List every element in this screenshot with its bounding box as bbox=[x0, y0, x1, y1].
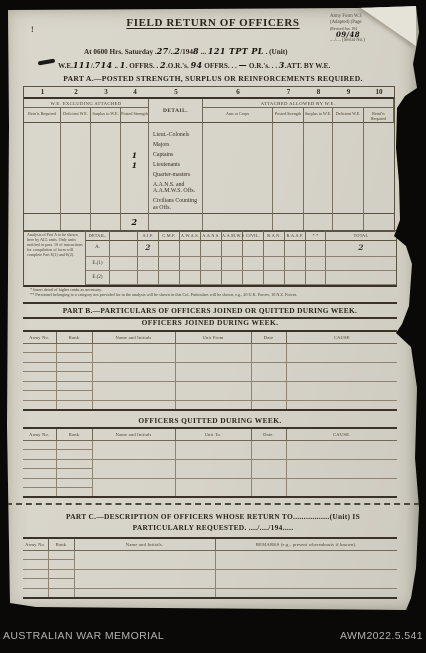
analysis-value: 2 bbox=[326, 241, 396, 257]
part-c-heading-line2: PARTICULARLY REQUESTED. ..../..../194...… bbox=[6, 522, 420, 533]
serial-handwritten: 09/48 bbox=[336, 32, 360, 38]
empty-record-cell bbox=[74, 550, 215, 569]
empty-cell bbox=[61, 123, 91, 140]
column-header: Surplus to W.E. bbox=[304, 108, 333, 123]
column-number: 9 bbox=[333, 87, 364, 99]
record-column-header: Unit From bbox=[175, 331, 251, 343]
empty-record-cell bbox=[23, 588, 48, 598]
column-number: 8 bbox=[304, 87, 333, 99]
empty-record-cell bbox=[23, 459, 56, 469]
empty-cell bbox=[201, 241, 222, 257]
empty-cell bbox=[264, 257, 285, 271]
total-cell bbox=[203, 213, 273, 231]
rank-label: Captains bbox=[149, 150, 203, 160]
empty-record-cell bbox=[175, 362, 251, 381]
empty-cell bbox=[304, 170, 333, 180]
empty-record-cell bbox=[23, 372, 56, 382]
empty-cell bbox=[333, 170, 364, 180]
empty-record-cell bbox=[56, 478, 92, 488]
part-c-heading: PART C.—DESCRIPTION OF OFFICERS WHOSE RE… bbox=[6, 511, 420, 533]
archive-caption: AUSTRALIAN WAR MEMORIAL AWM2022.5.541 bbox=[0, 630, 426, 642]
empty-record-cell bbox=[23, 469, 56, 479]
officers-joined-title: OFFICERS JOINED DURING WEEK. bbox=[23, 318, 397, 327]
empty-record-cell bbox=[48, 588, 74, 598]
empty-cell bbox=[364, 180, 394, 196]
empty-cell bbox=[304, 140, 333, 150]
total-cell bbox=[149, 213, 203, 231]
column-number: 10 bbox=[364, 87, 394, 99]
empty-record-cell bbox=[92, 478, 175, 497]
empty-record-cell bbox=[92, 400, 175, 410]
empty-record-cell bbox=[56, 459, 92, 469]
analysis-column-header: * * bbox=[306, 231, 326, 241]
officers-quitted-table: Army No.RankName and InitialsUnit To.Dat… bbox=[23, 427, 397, 498]
analysis-row-label: E.(2) bbox=[86, 271, 110, 285]
printed-text: W.E. bbox=[58, 62, 73, 70]
empty-record-cell bbox=[48, 550, 74, 560]
analysis-column-header: A.A.N.S. bbox=[201, 231, 222, 241]
empty-cell bbox=[203, 160, 273, 170]
empty-record-cell bbox=[74, 569, 215, 588]
part-b-heading: PART B.—PARTICULARS OF OFFICERS JOINED O… bbox=[23, 302, 397, 319]
empty-cell bbox=[203, 197, 273, 213]
empty-cell bbox=[121, 180, 149, 196]
empty-cell bbox=[110, 271, 138, 285]
record-column-header: CAUSE. bbox=[286, 428, 397, 440]
empty-record-cell bbox=[286, 440, 397, 459]
empty-cell bbox=[326, 271, 396, 285]
printed-text: ... bbox=[199, 48, 208, 56]
empty-cell bbox=[222, 241, 243, 257]
empty-cell bbox=[273, 197, 304, 213]
empty-cell bbox=[304, 123, 333, 140]
empty-cell bbox=[364, 197, 394, 213]
empty-record-cell bbox=[251, 459, 286, 478]
empty-cell bbox=[91, 170, 121, 180]
empty-record-cell bbox=[286, 400, 397, 410]
record-column-header: REMARKS (e.g., present whereabouts if kn… bbox=[215, 538, 397, 550]
empty-record-cell bbox=[23, 560, 48, 570]
rank-label: Civilians Counting as Offs. bbox=[149, 197, 203, 213]
empty-record-cell bbox=[92, 381, 175, 400]
total-cell bbox=[61, 213, 91, 231]
column-number: 1 bbox=[24, 87, 61, 99]
handwritten-entry: 121 TPT PL bbox=[208, 46, 264, 56]
empty-cell bbox=[273, 140, 304, 150]
printed-text: .ATT. BY W.E. bbox=[285, 62, 330, 70]
perforation-line bbox=[6, 503, 420, 505]
total-cell bbox=[91, 213, 121, 231]
column-header: Posted Strength bbox=[273, 108, 304, 123]
empty-record-cell bbox=[286, 381, 397, 400]
handwritten-entry: 111 bbox=[73, 60, 91, 70]
printed-text: . (Unit) bbox=[264, 48, 288, 56]
empty-cell bbox=[273, 160, 304, 170]
analysis-column-header: TOTAL bbox=[326, 231, 396, 241]
empty-cell bbox=[273, 150, 304, 160]
empty-record-cell bbox=[48, 560, 74, 570]
empty-record-cell bbox=[56, 343, 92, 353]
empty-cell bbox=[180, 257, 201, 271]
document-paper: ! FIELD RETURN OF OFFICERS Army Form W.3… bbox=[6, 6, 420, 612]
handwritten-entry: 714 bbox=[95, 60, 113, 70]
empty-cell bbox=[201, 257, 222, 271]
analysis-row-label: A. bbox=[86, 241, 110, 257]
empty-record-cell bbox=[23, 569, 48, 579]
record-column-header: Name and Initials. bbox=[74, 538, 215, 550]
printed-text: At 0600 Hrs. Saturday . bbox=[84, 48, 157, 56]
empty-cell bbox=[364, 160, 394, 170]
analysis-column-header: CIVIL. bbox=[243, 231, 264, 241]
record-column-header: CAUSE bbox=[286, 331, 397, 343]
empty-cell bbox=[333, 123, 364, 140]
empty-record-cell bbox=[56, 391, 92, 401]
group-header-right: ATTACHED ALLOWED BY W.E. bbox=[203, 99, 394, 108]
empty-cell bbox=[273, 180, 304, 196]
empty-cell bbox=[264, 241, 285, 257]
empty-cell bbox=[91, 160, 121, 170]
column-header: Surplus to W.E. bbox=[91, 108, 121, 123]
empty-record-cell bbox=[56, 450, 92, 460]
empty-cell bbox=[203, 123, 273, 140]
record-column-header: Unit To. bbox=[175, 428, 251, 440]
record-column-header: Name and Initials bbox=[92, 428, 175, 440]
empty-record-cell bbox=[23, 400, 56, 410]
printed-text: O.R.'s. . . bbox=[247, 62, 279, 70]
empty-cell bbox=[304, 160, 333, 170]
empty-record-cell bbox=[23, 450, 56, 460]
empty-cell bbox=[333, 150, 364, 160]
officers-joined-table: Army No.RankName and InitialsUnit FromDa… bbox=[23, 330, 397, 411]
empty-cell bbox=[222, 271, 243, 285]
empty-cell bbox=[285, 241, 306, 257]
empty-cell bbox=[333, 197, 364, 213]
empty-cell bbox=[138, 257, 159, 271]
empty-record-cell bbox=[48, 569, 74, 579]
archive-name: AUSTRALIAN WAR MEMORIAL bbox=[3, 630, 164, 642]
empty-record-cell bbox=[251, 343, 286, 362]
empty-cell bbox=[24, 170, 61, 180]
rank-label: Majors bbox=[149, 140, 203, 150]
empty-cell bbox=[203, 150, 273, 160]
empty-record-cell bbox=[23, 440, 56, 450]
empty-record-cell bbox=[175, 440, 251, 459]
empty-cell bbox=[61, 150, 91, 160]
column-header: Deficient W.E. bbox=[61, 108, 91, 123]
analysis-column-header: C.M.F. bbox=[159, 231, 180, 241]
empty-record-cell bbox=[48, 579, 74, 589]
empty-record-cell bbox=[56, 440, 92, 450]
empty-cell bbox=[243, 271, 264, 285]
empty-record-cell bbox=[23, 478, 56, 488]
footnotes: * Insert detail of higher ranks as neces… bbox=[30, 287, 400, 297]
empty-cell bbox=[24, 140, 61, 150]
empty-cell bbox=[364, 150, 394, 160]
empty-cell bbox=[24, 160, 61, 170]
empty-cell bbox=[304, 180, 333, 196]
record-column-header: Rank bbox=[56, 428, 92, 440]
form-reference-block: Army Form W.3 (Adapted) (Page (Revised J… bbox=[320, 14, 416, 44]
record-column-header: Date bbox=[251, 331, 286, 343]
record-column-header: Army No. bbox=[23, 331, 56, 343]
empty-record-cell bbox=[23, 550, 48, 560]
empty-cell bbox=[273, 170, 304, 180]
empty-cell bbox=[364, 170, 394, 180]
header-line-datetime: At 0600 Hrs. Saturday .27/..2/1948 ... 1… bbox=[84, 46, 384, 56]
posted-strength-value: 1 bbox=[121, 150, 149, 160]
column-number: 7 bbox=[273, 87, 304, 99]
footnote: ** Personnel belonging to a category not… bbox=[30, 292, 400, 297]
empty-cell bbox=[61, 160, 91, 170]
empty-cell bbox=[333, 180, 364, 196]
empty-cell bbox=[243, 241, 264, 257]
header-line-we: W.E.111/.714 .. 1. OFFRS. . 2.O.R.'s. 94… bbox=[58, 60, 398, 70]
part-c-table: Army No.RankName and Initials.REMARKS (e… bbox=[23, 537, 397, 599]
analysis-table: Analysis of Part A to be shown here by A… bbox=[23, 230, 397, 287]
empty-cell bbox=[203, 180, 273, 196]
record-column-header: Name and Initials bbox=[92, 331, 175, 343]
empty-record-cell bbox=[175, 478, 251, 497]
total-cell bbox=[333, 213, 364, 231]
column-header: Deficient W.E. bbox=[333, 108, 364, 123]
analysis-column-header: A.A.M.W.S bbox=[222, 231, 243, 241]
empty-cell bbox=[159, 271, 180, 285]
empty-record-cell bbox=[215, 569, 397, 588]
empty-cell bbox=[159, 241, 180, 257]
empty-record-cell bbox=[23, 343, 56, 353]
printed-text: OFFRS. . . bbox=[203, 62, 239, 70]
empty-record-cell bbox=[56, 469, 92, 479]
empty-record-cell bbox=[56, 381, 92, 391]
empty-record-cell bbox=[286, 362, 397, 381]
empty-record-cell bbox=[92, 459, 175, 478]
pen-mark bbox=[38, 59, 55, 66]
empty-cell bbox=[285, 271, 306, 285]
part-c-heading-line1: PART C.—DESCRIPTION OF OFFICERS WHOSE RE… bbox=[6, 511, 420, 522]
analysis-column-header: A.W.A.S. bbox=[180, 231, 201, 241]
empty-cell bbox=[159, 257, 180, 271]
empty-cell bbox=[91, 180, 121, 196]
column-header: Reinf'ts Required bbox=[364, 108, 394, 123]
empty-cell bbox=[24, 150, 61, 160]
analysis-column-header: DETAIL, bbox=[86, 231, 110, 241]
empty-cell bbox=[203, 170, 273, 180]
empty-cell bbox=[304, 197, 333, 213]
analysis-row-label: E.(1) bbox=[86, 257, 110, 271]
empty-record-cell bbox=[56, 400, 92, 410]
empty-record-cell bbox=[215, 588, 397, 598]
printed-text: .. bbox=[113, 62, 120, 70]
empty-record-cell bbox=[92, 362, 175, 381]
analysis-column-header bbox=[110, 231, 138, 241]
empty-cell bbox=[180, 241, 201, 257]
empty-record-cell bbox=[92, 440, 175, 459]
record-column-header: Army No. bbox=[23, 428, 56, 440]
empty-cell bbox=[24, 123, 61, 140]
empty-record-cell bbox=[74, 588, 215, 598]
column-number: 4 bbox=[121, 87, 149, 99]
empty-record-cell bbox=[286, 459, 397, 478]
empty-cell bbox=[222, 257, 243, 271]
empty-cell bbox=[61, 197, 91, 213]
empty-cell bbox=[306, 271, 326, 285]
empty-cell bbox=[201, 271, 222, 285]
total-posted-value: 2 bbox=[121, 213, 149, 231]
handwritten-entry: 94 bbox=[191, 60, 203, 70]
printed-text: .O.R.'s. bbox=[166, 62, 191, 70]
empty-cell bbox=[121, 140, 149, 150]
empty-cell bbox=[91, 197, 121, 213]
empty-record-cell bbox=[175, 400, 251, 410]
empty-record-cell bbox=[23, 353, 56, 363]
rank-label: A.A.N.S. and A.A.M.W.S. Offs. bbox=[149, 180, 203, 196]
empty-cell bbox=[273, 123, 304, 140]
empty-record-cell bbox=[286, 343, 397, 362]
empty-record-cell bbox=[175, 459, 251, 478]
empty-cell bbox=[61, 170, 91, 180]
total-cell bbox=[24, 213, 61, 231]
empty-cell bbox=[91, 123, 121, 140]
officers-quitted-title: OFFICERS QUITTED DURING WEEK. bbox=[23, 416, 397, 425]
empty-cell bbox=[364, 140, 394, 150]
record-column-header: Date. bbox=[251, 428, 286, 440]
empty-record-cell bbox=[251, 478, 286, 497]
printed-text: . OFFRS. . bbox=[126, 62, 160, 70]
posted-strength-value: 1 bbox=[121, 160, 149, 170]
empty-record-cell bbox=[56, 372, 92, 382]
empty-record-cell bbox=[251, 440, 286, 459]
analysis-note: Analysis of Part A to be shown here by A… bbox=[24, 231, 86, 285]
empty-record-cell bbox=[23, 362, 56, 372]
empty-cell bbox=[121, 123, 149, 140]
scan-background: ! FIELD RETURN OF OFFICERS Army Form W.3… bbox=[0, 0, 426, 653]
detail-header: DETAIL. bbox=[149, 99, 203, 123]
empty-cell bbox=[24, 180, 61, 196]
empty-cell bbox=[326, 257, 396, 271]
empty-cell bbox=[121, 197, 149, 213]
column-header: Arm or Corps bbox=[203, 108, 273, 123]
empty-record-cell bbox=[56, 488, 92, 498]
empty-cell bbox=[121, 170, 149, 180]
analysis-value: 2 bbox=[138, 241, 159, 257]
empty-cell bbox=[364, 123, 394, 140]
rank-label: Lieutenants bbox=[149, 160, 203, 170]
analysis-column-header: R.A.A.F. bbox=[285, 231, 306, 241]
empty-cell bbox=[61, 140, 91, 150]
rank-label: Quarter-masters bbox=[149, 170, 203, 180]
column-header: Posted Strength bbox=[121, 108, 149, 123]
empty-record-cell bbox=[286, 478, 397, 497]
empty-record-cell bbox=[175, 343, 251, 362]
record-column-header: Rank bbox=[48, 538, 74, 550]
empty-cell bbox=[333, 140, 364, 150]
empty-record-cell bbox=[92, 343, 175, 362]
empty-cell bbox=[180, 271, 201, 285]
column-number: 2 bbox=[61, 87, 91, 99]
empty-record-cell bbox=[215, 550, 397, 569]
empty-record-cell bbox=[23, 488, 56, 498]
empty-cell bbox=[91, 140, 121, 150]
empty-cell bbox=[285, 257, 306, 271]
column-number: 5 bbox=[149, 87, 203, 99]
column-number: 6 bbox=[203, 87, 273, 99]
serial-number-line: 09/48 ..../.... (Serial No.) bbox=[330, 38, 416, 44]
empty-cell bbox=[306, 257, 326, 271]
column-number: 3 bbox=[91, 87, 121, 99]
empty-cell bbox=[333, 160, 364, 170]
record-column-header: Rank bbox=[56, 331, 92, 343]
analysis-column-header: A.I.F. bbox=[138, 231, 159, 241]
column-header: Rein'ts Required bbox=[24, 108, 61, 123]
empty-cell bbox=[24, 197, 61, 213]
empty-cell bbox=[110, 241, 138, 257]
handwritten-entry: — bbox=[239, 60, 247, 70]
empty-record-cell bbox=[175, 381, 251, 400]
empty-record-cell bbox=[56, 362, 92, 372]
archive-id: AWM2022.5.541 bbox=[340, 630, 423, 642]
empty-cell bbox=[91, 150, 121, 160]
empty-cell bbox=[264, 271, 285, 285]
printed-text: /194 bbox=[180, 48, 193, 56]
empty-record-cell bbox=[251, 381, 286, 400]
rank-label: Lieut.-Colonels bbox=[149, 123, 203, 140]
empty-cell bbox=[243, 257, 264, 271]
empty-record-cell bbox=[251, 362, 286, 381]
total-cell bbox=[273, 213, 304, 231]
total-cell bbox=[304, 213, 333, 231]
total-cell bbox=[364, 213, 394, 231]
empty-cell bbox=[203, 140, 273, 150]
empty-cell bbox=[110, 257, 138, 271]
empty-record-cell bbox=[251, 400, 286, 410]
empty-record-cell bbox=[23, 391, 56, 401]
empty-cell bbox=[306, 241, 326, 257]
empty-cell bbox=[304, 150, 333, 160]
empty-cell bbox=[138, 271, 159, 285]
analysis-column-header: R.A.N. bbox=[264, 231, 285, 241]
empty-cell bbox=[61, 180, 91, 196]
part-a-table: 12345678910W.E. EXCLUDING ATTACHEDDETAIL… bbox=[23, 86, 395, 232]
part-a-heading: PART A.—POSTED STRENGTH, SURPLUS OR REIN… bbox=[6, 74, 420, 83]
handwritten-entry: 27 bbox=[157, 46, 169, 56]
record-column-header: Army No. bbox=[23, 538, 48, 550]
empty-record-cell bbox=[23, 381, 56, 391]
group-header-left: W.E. EXCLUDING ATTACHED bbox=[24, 99, 149, 108]
empty-record-cell bbox=[23, 579, 48, 589]
empty-record-cell bbox=[56, 353, 92, 363]
